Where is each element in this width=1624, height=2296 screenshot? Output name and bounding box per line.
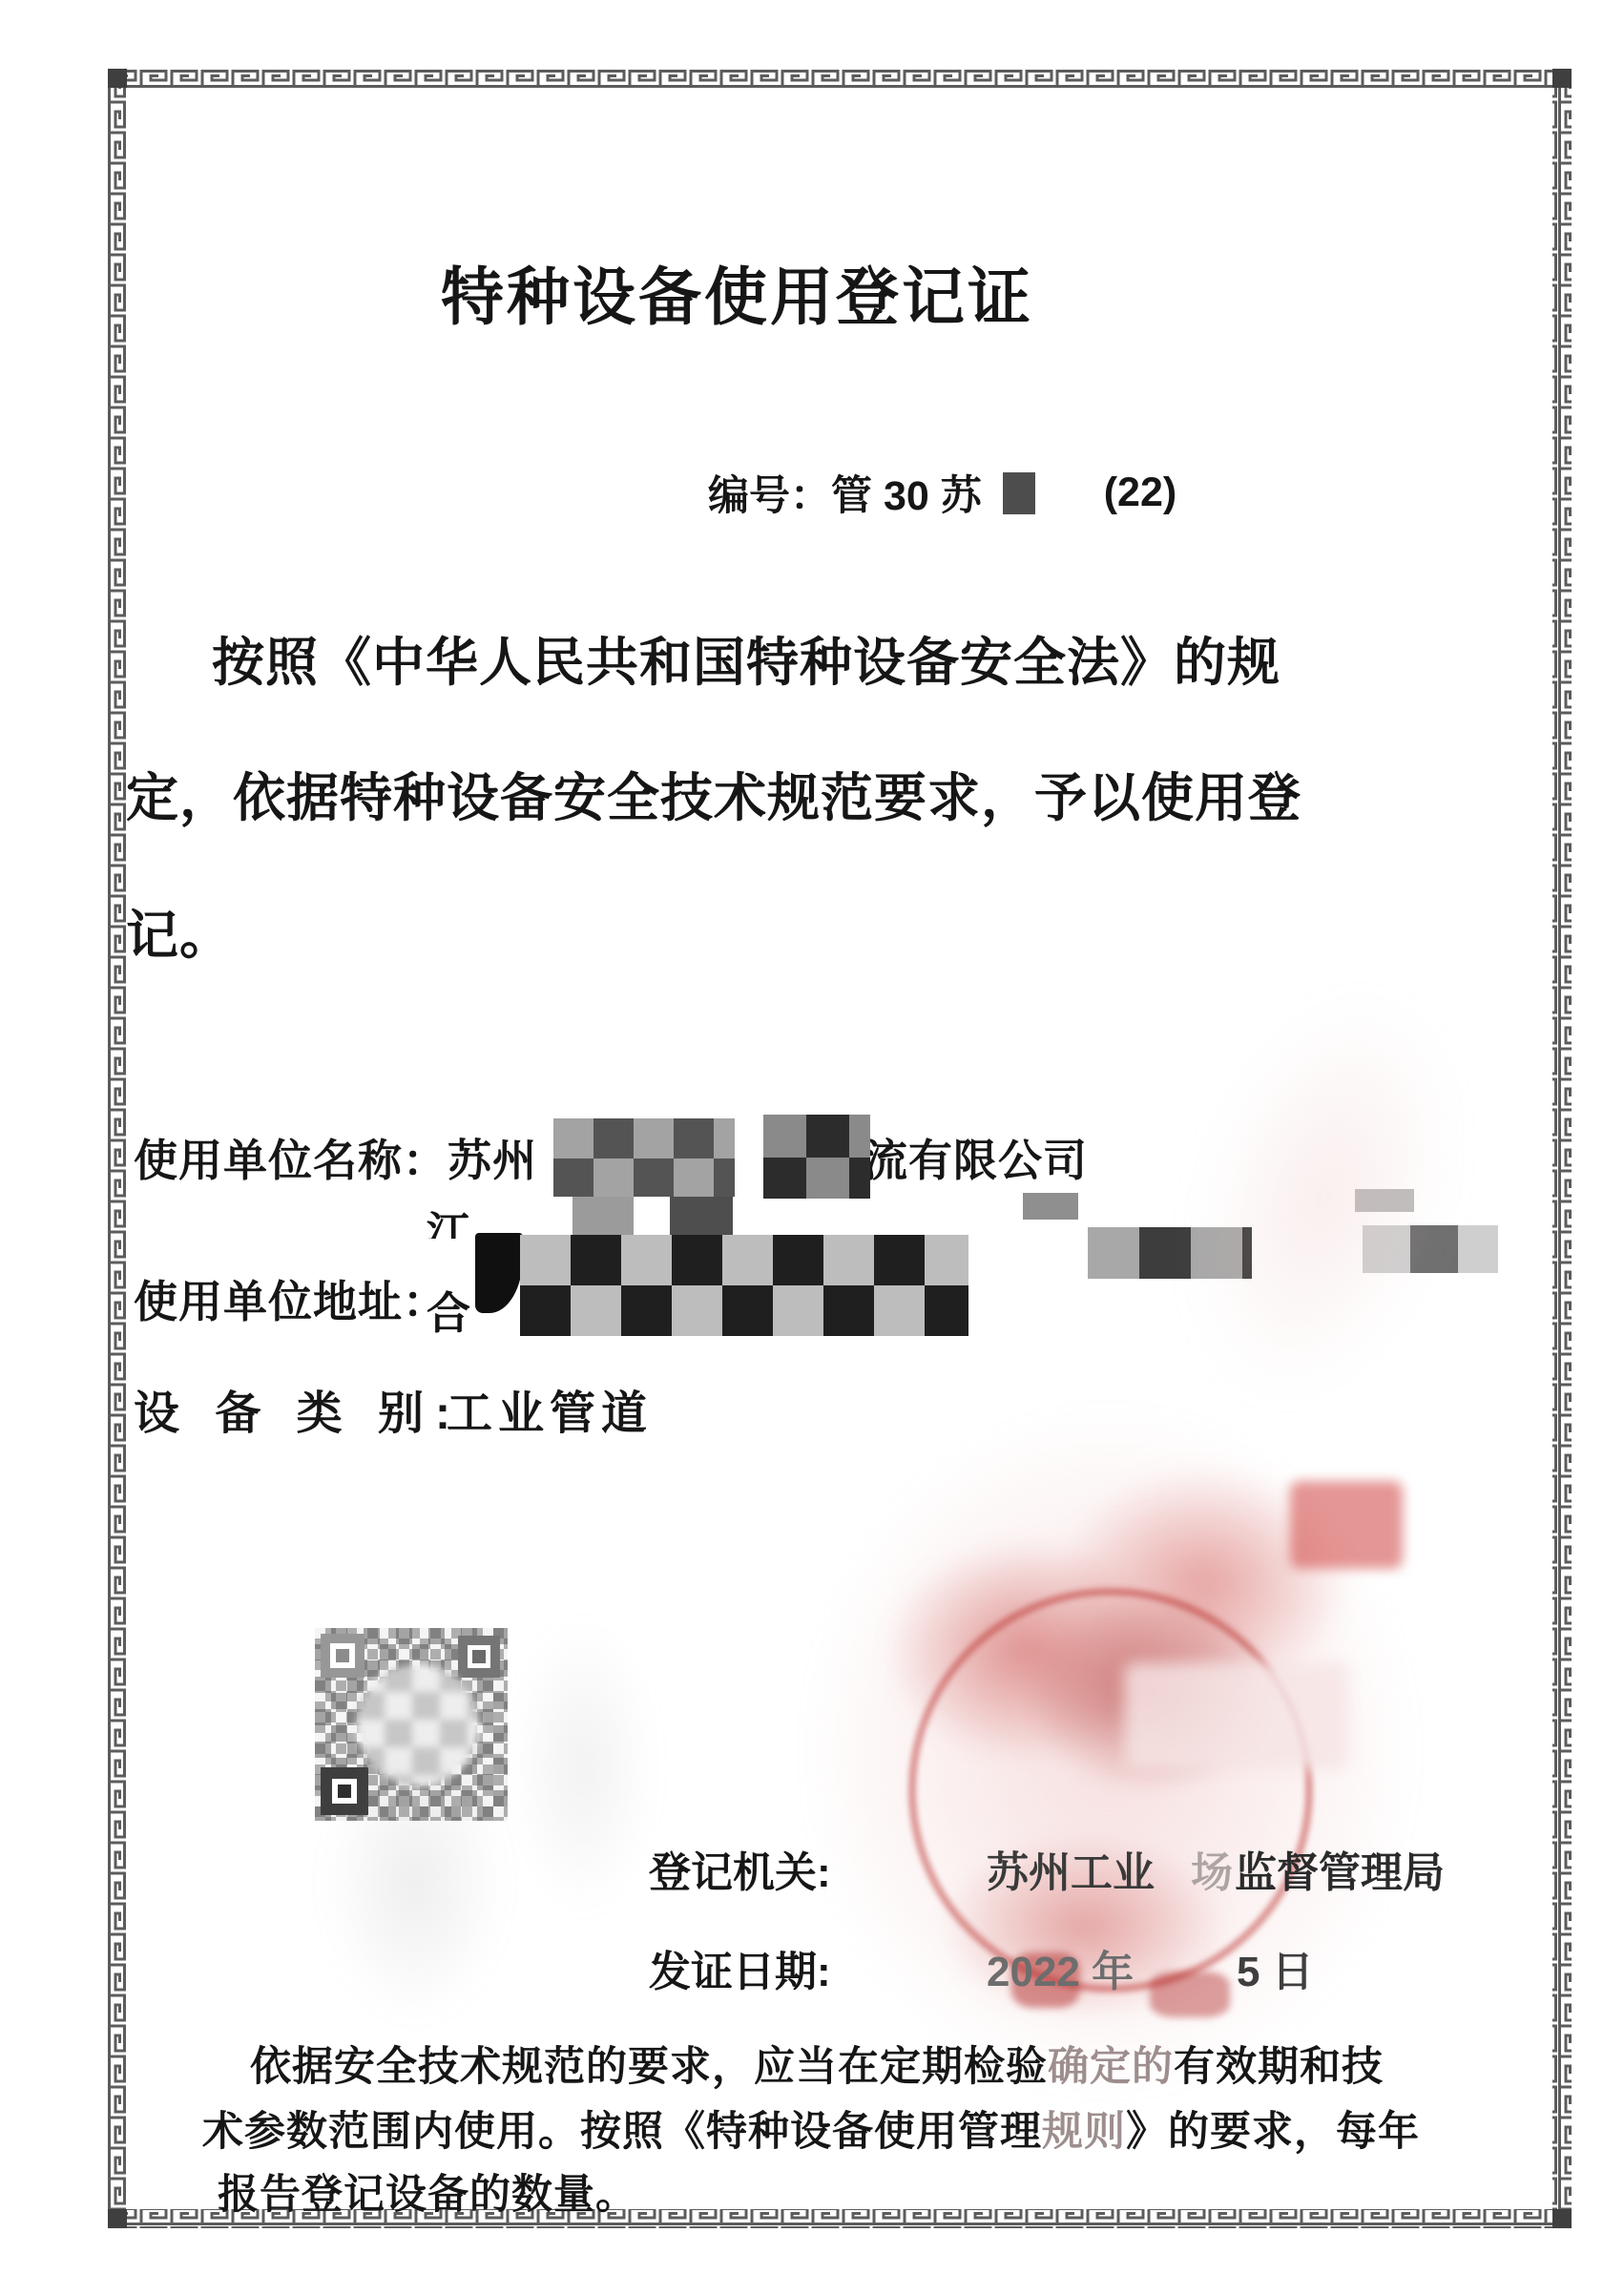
intro-line-2: 定，依据特种设备安全技术规范要求，予以使用登 bbox=[126, 756, 1301, 831]
qr-finder-top-right bbox=[458, 1636, 500, 1678]
page-title: 特种设备使用登记证 bbox=[441, 246, 1033, 337]
serial-redaction-block bbox=[1003, 472, 1035, 514]
serial-suffix: (22) bbox=[1104, 470, 1176, 516]
footer-line-2-a: 术参数范围内使用。按照《特种设备使用管理 bbox=[202, 2109, 1042, 2155]
red-stamp-mark bbox=[1150, 1972, 1230, 2017]
footer-line-1-b: 确定的 bbox=[1048, 2044, 1174, 2090]
device-category-label: 设 备 类 别: bbox=[134, 1376, 462, 1442]
issue-date-label: 发证日期: bbox=[649, 1937, 831, 1998]
serial-label: 编号：管 30 苏 bbox=[708, 464, 982, 522]
registry-authority-value-right: 监督管理局 bbox=[1235, 1838, 1445, 1899]
footer-line-3: 报告登记设备的数量。 bbox=[218, 2162, 637, 2221]
red-stamp-patch bbox=[1290, 1481, 1403, 1569]
unit-name-prefix: 苏州 bbox=[448, 1136, 537, 1185]
unit-name-label: 使用单位名称： bbox=[134, 1136, 448, 1185]
unit-address-label: 使用单位地址： bbox=[134, 1277, 448, 1326]
unit-address-row: 使用单位地址： bbox=[134, 1267, 448, 1330]
footer-line-2-b: 规则 bbox=[1042, 2109, 1126, 2155]
footer-line-2-c: 》的要求，每年 bbox=[1126, 2109, 1420, 2155]
unit-name-suffix: 流有限公司 bbox=[864, 1126, 1088, 1189]
qr-finder-top-left bbox=[321, 1634, 364, 1678]
redaction-mosaic bbox=[763, 1115, 870, 1199]
issue-date-value-right: 5 日 bbox=[1237, 1937, 1314, 1998]
address-fragment-top: 江 bbox=[427, 1199, 470, 1239]
intro-line-1: 按照《中华人民共和国特种设备安全法》的规 bbox=[212, 620, 1280, 696]
gray-smudge bbox=[511, 1618, 655, 1914]
intro-line-3: 记。 bbox=[126, 893, 233, 969]
issue-date-value-left: 2022 年 bbox=[987, 1937, 1134, 1998]
registry-authority-label: 登记机关: bbox=[649, 1838, 831, 1899]
registry-authority-value-faint: 场 bbox=[1191, 1838, 1233, 1899]
registry-authority-value-left: 苏州工业 bbox=[987, 1838, 1155, 1899]
redaction-mosaic bbox=[553, 1118, 735, 1197]
footer-line-1-c: 有效期和技 bbox=[1174, 2044, 1384, 2090]
footer-line-1-a: 依据安全技术规范的要求，应当在定期检验 bbox=[250, 2044, 1048, 2090]
device-category-value: 工业管道 bbox=[447, 1376, 653, 1442]
serial-number-line: 编号：管 30 苏 (22) bbox=[708, 464, 1176, 522]
unit-name-row: 使用单位名称：苏州 bbox=[134, 1126, 537, 1189]
redaction-mosaic bbox=[1023, 1193, 1078, 1220]
stamp-blur-redaction bbox=[1124, 1662, 1348, 1769]
gray-smudge bbox=[324, 1744, 506, 2021]
footer-line-1: 依据安全技术规范的要求，应当在定期检验确定的有效期和技 bbox=[250, 2035, 1384, 2093]
redaction-mosaic bbox=[520, 1235, 968, 1336]
footer-line-2: 术参数范围内使用。按照《特种设备使用管理规则》的要求，每年 bbox=[202, 2099, 1420, 2158]
certificate-page: 特种设备使用登记证 编号：管 30 苏 (22) 按照《中华人民共和国特种设备安… bbox=[0, 0, 1624, 2296]
